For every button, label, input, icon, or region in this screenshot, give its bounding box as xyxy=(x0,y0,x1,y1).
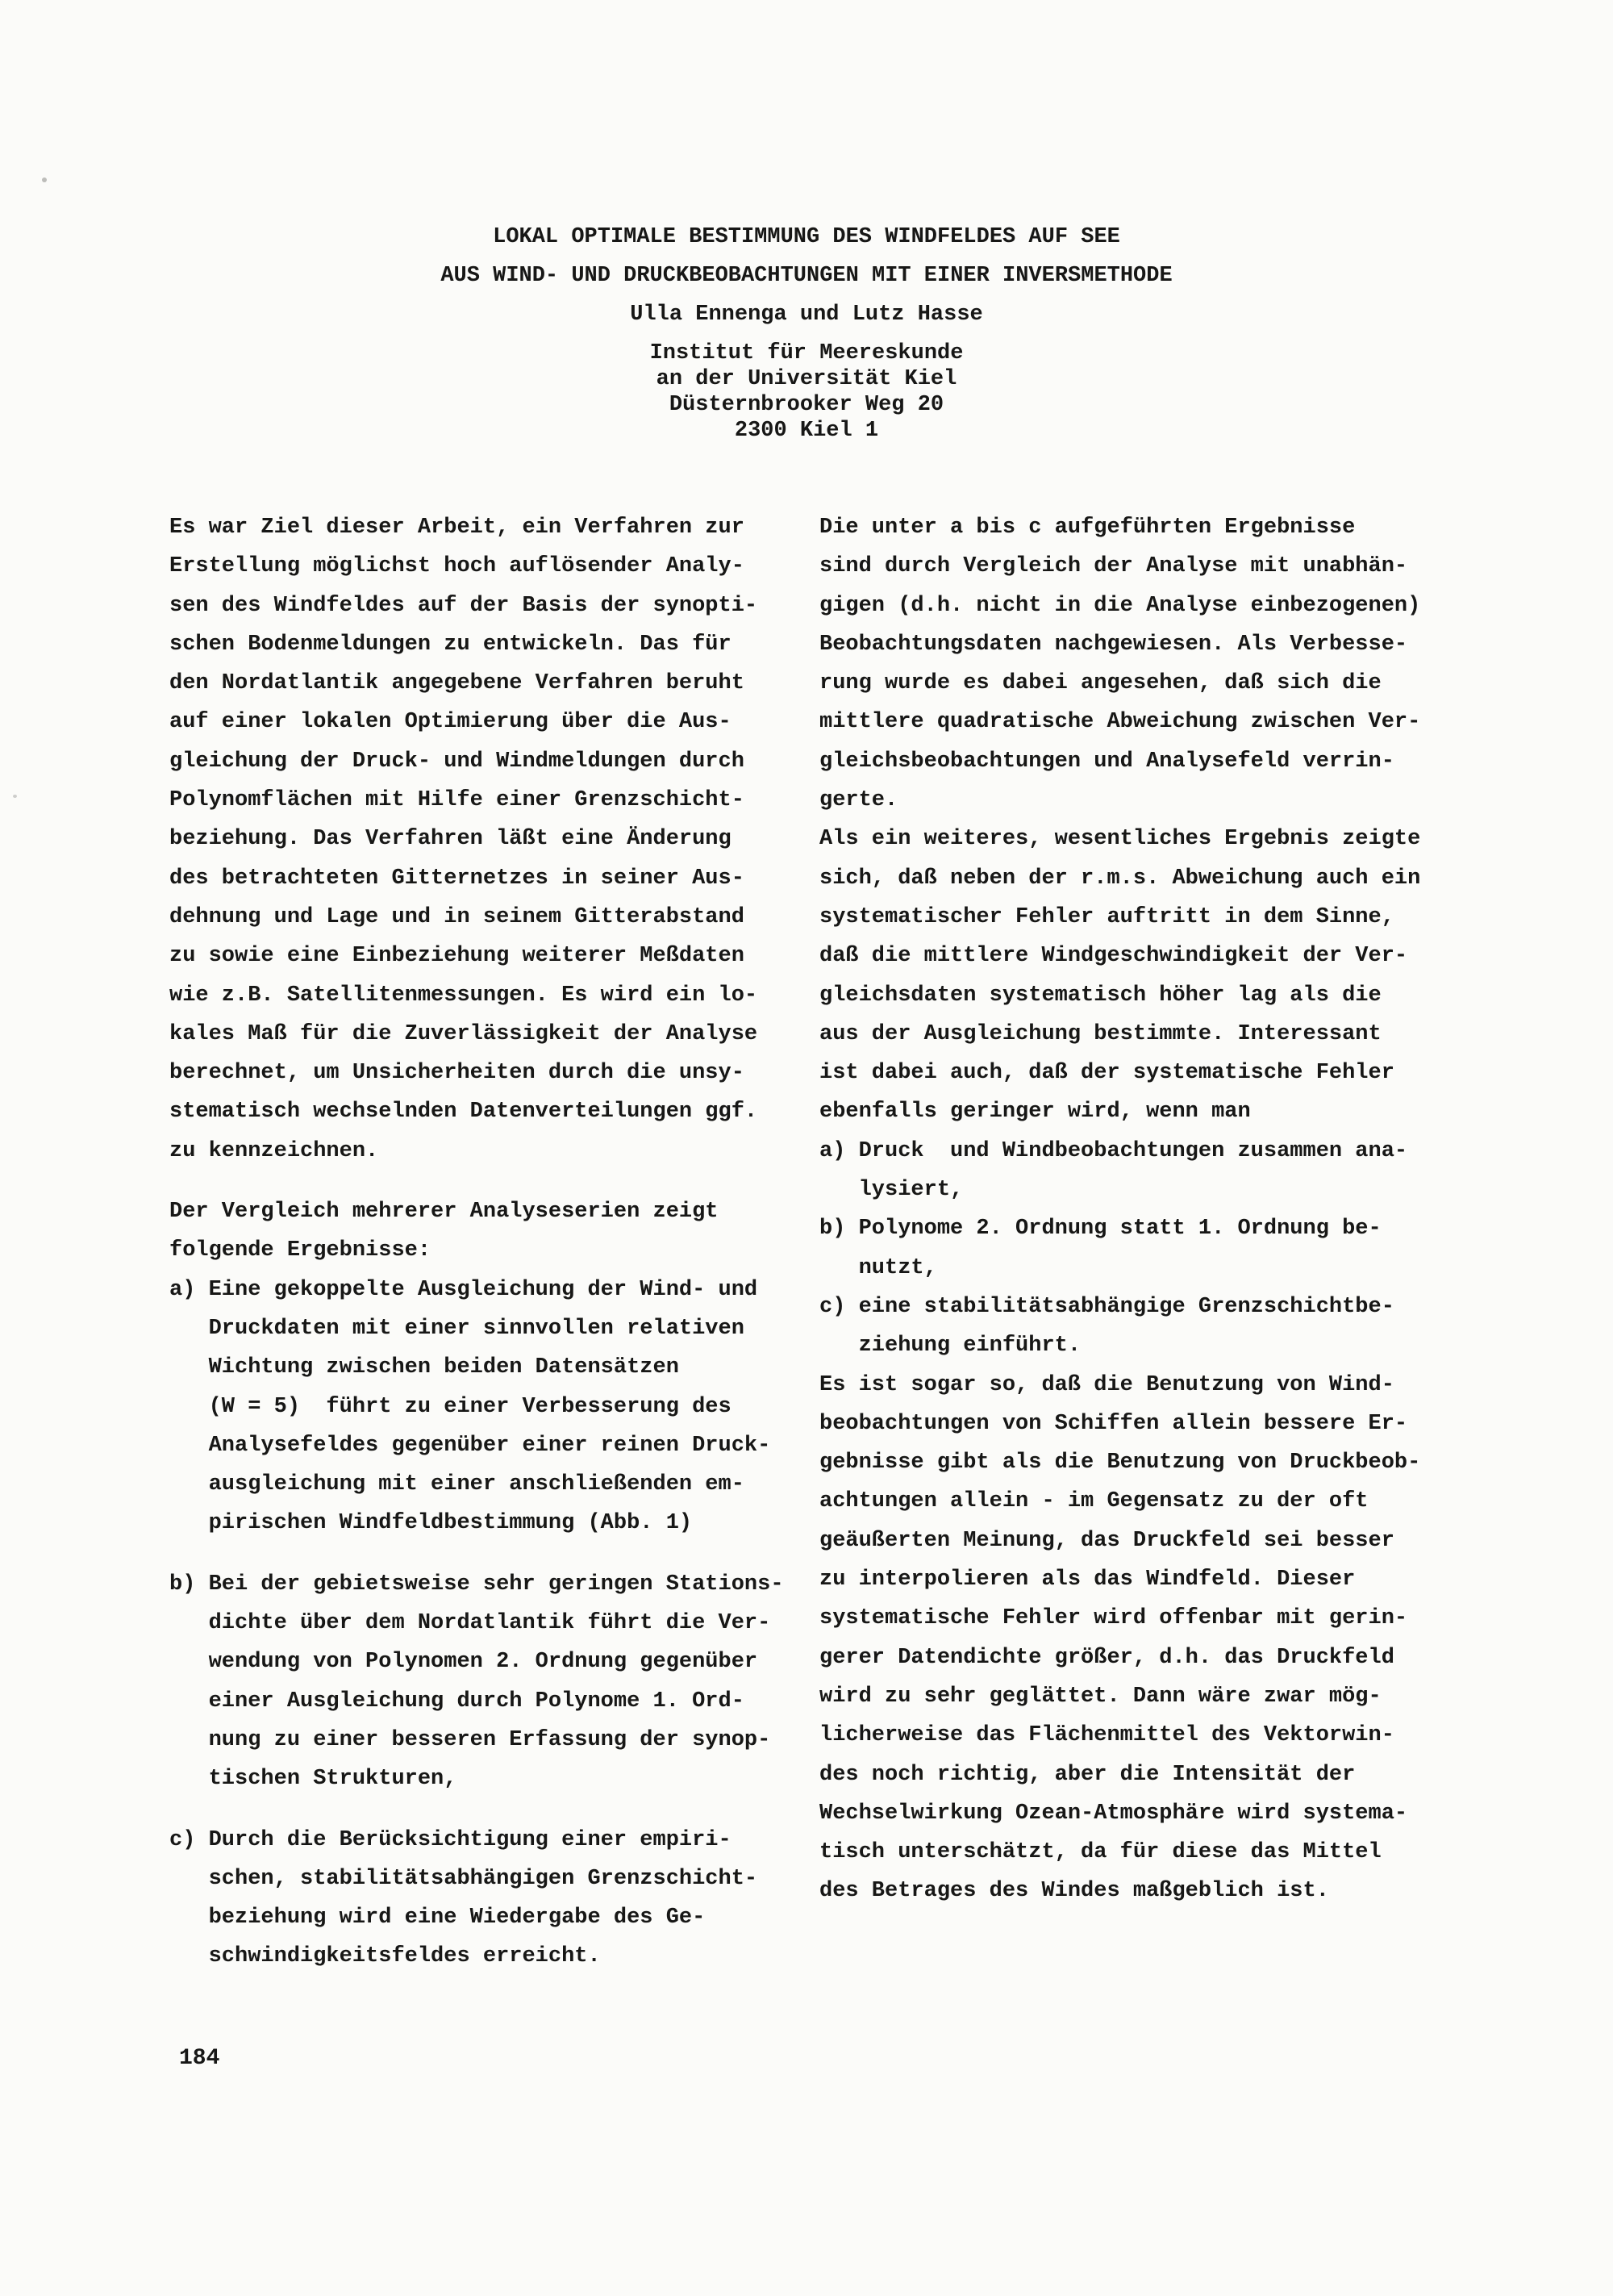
text-line: Druckdaten mit einer sinnvollen relative… xyxy=(169,1309,823,1348)
text-line: licherweise das Flächenmittel des Vektor… xyxy=(819,1716,1473,1755)
text-line: schwindigkeitsfeldes erreicht. xyxy=(169,1937,823,1976)
text-line: des noch richtig, aber die Intensität de… xyxy=(819,1755,1473,1794)
text-line: kales Maß für die Zuverlässigkeit der An… xyxy=(169,1015,823,1054)
text-line: ebenfalls geringer wird, wenn man xyxy=(819,1092,1473,1131)
text-line: mittlere quadratische Abweichung zwische… xyxy=(819,703,1473,741)
text-line: schen, stabilitätsabhängigen Grenzschich… xyxy=(169,1860,823,1898)
paragraph-break xyxy=(169,1171,823,1192)
text-line: ziehung einführt. xyxy=(819,1326,1473,1365)
text-line: gigen (d.h. nicht in die Analyse einbezo… xyxy=(819,587,1473,625)
text-line: gebnisse gibt als die Benutzung von Druc… xyxy=(819,1443,1473,1482)
right-column: Die unter a bis c aufgeführten Ergebniss… xyxy=(819,508,1473,1911)
text-line: beziehung wird eine Wiedergabe des Ge- xyxy=(169,1898,823,1937)
paper-authors: Ulla Ennenga und Lutz Hasse xyxy=(0,295,1613,334)
text-line: ausgleichung mit einer anschließenden em… xyxy=(169,1465,823,1504)
paper-affiliation: Institut für Meereskundean der Universit… xyxy=(0,340,1613,444)
paragraph-break xyxy=(169,1543,823,1565)
text-line: wie z.B. Satellitenmessungen. Es wird ei… xyxy=(169,976,823,1015)
text-line: Polynomflächen mit Hilfe einer Grenzschi… xyxy=(169,781,823,820)
text-line: ist dabei auch, daß der systematische Fe… xyxy=(819,1054,1473,1092)
text-line: beziehung. Das Verfahren läßt eine Änder… xyxy=(169,820,823,858)
page-number: 184 xyxy=(179,2039,219,2078)
text-line: b) Polynome 2. Ordnung statt 1. Ordnung … xyxy=(819,1209,1473,1248)
paragraph-break xyxy=(169,1799,823,1821)
text-line: an der Universität Kiel xyxy=(0,366,1613,392)
text-line: sich, daß neben der r.m.s. Abweichung au… xyxy=(819,859,1473,898)
scan-speck xyxy=(13,795,17,798)
text-line: sind durch Vergleich der Analyse mit una… xyxy=(819,547,1473,586)
text-line: gleichsbeobachtungen und Analysefeld ver… xyxy=(819,742,1473,781)
text-line: einer Ausgleichung durch Polynome 1. Ord… xyxy=(169,1682,823,1721)
text-line: achtungen allein - im Gegensatz zu der o… xyxy=(819,1482,1473,1521)
text-line: c) eine stabilitätsabhängige Grenzschich… xyxy=(819,1288,1473,1326)
text-line: des Betrages des Windes maßgeblich ist. xyxy=(819,1872,1473,1910)
text-line: Als ein weiteres, wesentliches Ergebnis … xyxy=(819,820,1473,858)
text-line: des betrachteten Gitternetzes in seiner … xyxy=(169,859,823,898)
text-line: Düsternbrooker Weg 20 xyxy=(0,392,1613,418)
scan-speck xyxy=(42,177,47,182)
text-line: systematischer Fehler auftritt in dem Si… xyxy=(819,898,1473,937)
text-line: folgende Ergebnisse: xyxy=(169,1231,823,1270)
text-line: zu interpolieren als das Windfeld. Diese… xyxy=(819,1560,1473,1599)
text-line: aus der Ausgleichung bestimmte. Interess… xyxy=(819,1015,1473,1054)
text-line: schen Bodenmeldungen zu entwickeln. Das … xyxy=(169,625,823,664)
text-line: geäußerten Meinung, das Druckfeld sei be… xyxy=(819,1522,1473,1560)
text-line: tischen Strukturen, xyxy=(169,1760,823,1798)
text-line: daß die mittlere Windgeschwindigkeit der… xyxy=(819,937,1473,975)
paper-title-line2: AUS WIND- UND DRUCKBEOBACHTUNGEN MIT EIN… xyxy=(0,257,1613,295)
text-line: Der Vergleich mehrerer Analyseserien zei… xyxy=(169,1192,823,1231)
text-line: zu kennzeichnen. xyxy=(169,1132,823,1171)
paper-title-line1: LOKAL OPTIMALE BESTIMMUNG DES WINDFELDES… xyxy=(0,218,1613,257)
text-line: nung zu einer besseren Erfassung der syn… xyxy=(169,1721,823,1760)
text-line: b) Bei der gebietsweise sehr geringen St… xyxy=(169,1565,823,1604)
text-line: Beobachtungsdaten nachgewiesen. Als Verb… xyxy=(819,625,1473,664)
text-line: Analysefeldes gegenüber einer reinen Dru… xyxy=(169,1426,823,1465)
text-line: wird zu sehr geglättet. Dann wäre zwar m… xyxy=(819,1677,1473,1716)
text-line: nutzt, xyxy=(819,1249,1473,1288)
text-line: Wichtung zwischen beiden Datensätzen xyxy=(169,1348,823,1387)
text-line: dehnung und Lage und in seinem Gitterabs… xyxy=(169,898,823,937)
text-line: Erstellung möglichst hoch auflösender An… xyxy=(169,547,823,586)
text-line: Die unter a bis c aufgeführten Ergebniss… xyxy=(819,508,1473,547)
paper-header: LOKAL OPTIMALE BESTIMMUNG DES WINDFELDES… xyxy=(0,218,1613,444)
document-page: LOKAL OPTIMALE BESTIMMUNG DES WINDFELDES… xyxy=(0,0,1613,2296)
text-line: gerte. xyxy=(819,781,1473,820)
text-line: wendung von Polynomen 2. Ordnung gegenüb… xyxy=(169,1643,823,1681)
text-line: Es war Ziel dieser Arbeit, ein Verfahren… xyxy=(169,508,823,547)
text-line: auf einer lokalen Optimierung über die A… xyxy=(169,703,823,741)
text-line: zu sowie eine Einbeziehung weiterer Meßd… xyxy=(169,937,823,975)
text-line: dichte über dem Nordatlantik führt die V… xyxy=(169,1604,823,1643)
text-line: tisch unterschätzt, da für diese das Mit… xyxy=(819,1833,1473,1872)
text-line: rung wurde es dabei angesehen, daß sich … xyxy=(819,664,1473,703)
text-line: (W = 5) führt zu einer Verbesserung des xyxy=(169,1388,823,1426)
text-line: den Nordatlantik angegebene Verfahren be… xyxy=(169,664,823,703)
text-line: a) Druck und Windbeobachtungen zusammen … xyxy=(819,1132,1473,1171)
text-line: gleichsdaten systematisch höher lag als … xyxy=(819,976,1473,1015)
text-line: systematische Fehler wird offenbar mit g… xyxy=(819,1599,1473,1638)
text-line: lysiert, xyxy=(819,1171,1473,1209)
text-line: c) Durch die Berücksichtigung einer empi… xyxy=(169,1821,823,1860)
left-column: Es war Ziel dieser Arbeit, ein Verfahren… xyxy=(169,508,823,1977)
text-line: stematisch wechselnden Datenverteilungen… xyxy=(169,1092,823,1131)
text-line: sen des Windfeldes auf der Basis der syn… xyxy=(169,587,823,625)
text-line: Institut für Meereskunde xyxy=(0,340,1613,366)
text-line: gleichung der Druck- und Windmeldungen d… xyxy=(169,742,823,781)
text-line: Wechselwirkung Ozean-Atmosphäre wird sys… xyxy=(819,1794,1473,1833)
text-line: beobachtungen von Schiffen allein besser… xyxy=(819,1405,1473,1443)
text-line: pirischen Windfeldbestimmung (Abb. 1) xyxy=(169,1504,823,1542)
text-line: berechnet, um Unsicherheiten durch die u… xyxy=(169,1054,823,1092)
text-line: 2300 Kiel 1 xyxy=(0,418,1613,444)
text-line: Es ist sogar so, daß die Benutzung von W… xyxy=(819,1366,1473,1405)
text-line: gerer Datendichte größer, d.h. das Druck… xyxy=(819,1639,1473,1677)
text-line: a) Eine gekoppelte Ausgleichung der Wind… xyxy=(169,1271,823,1309)
